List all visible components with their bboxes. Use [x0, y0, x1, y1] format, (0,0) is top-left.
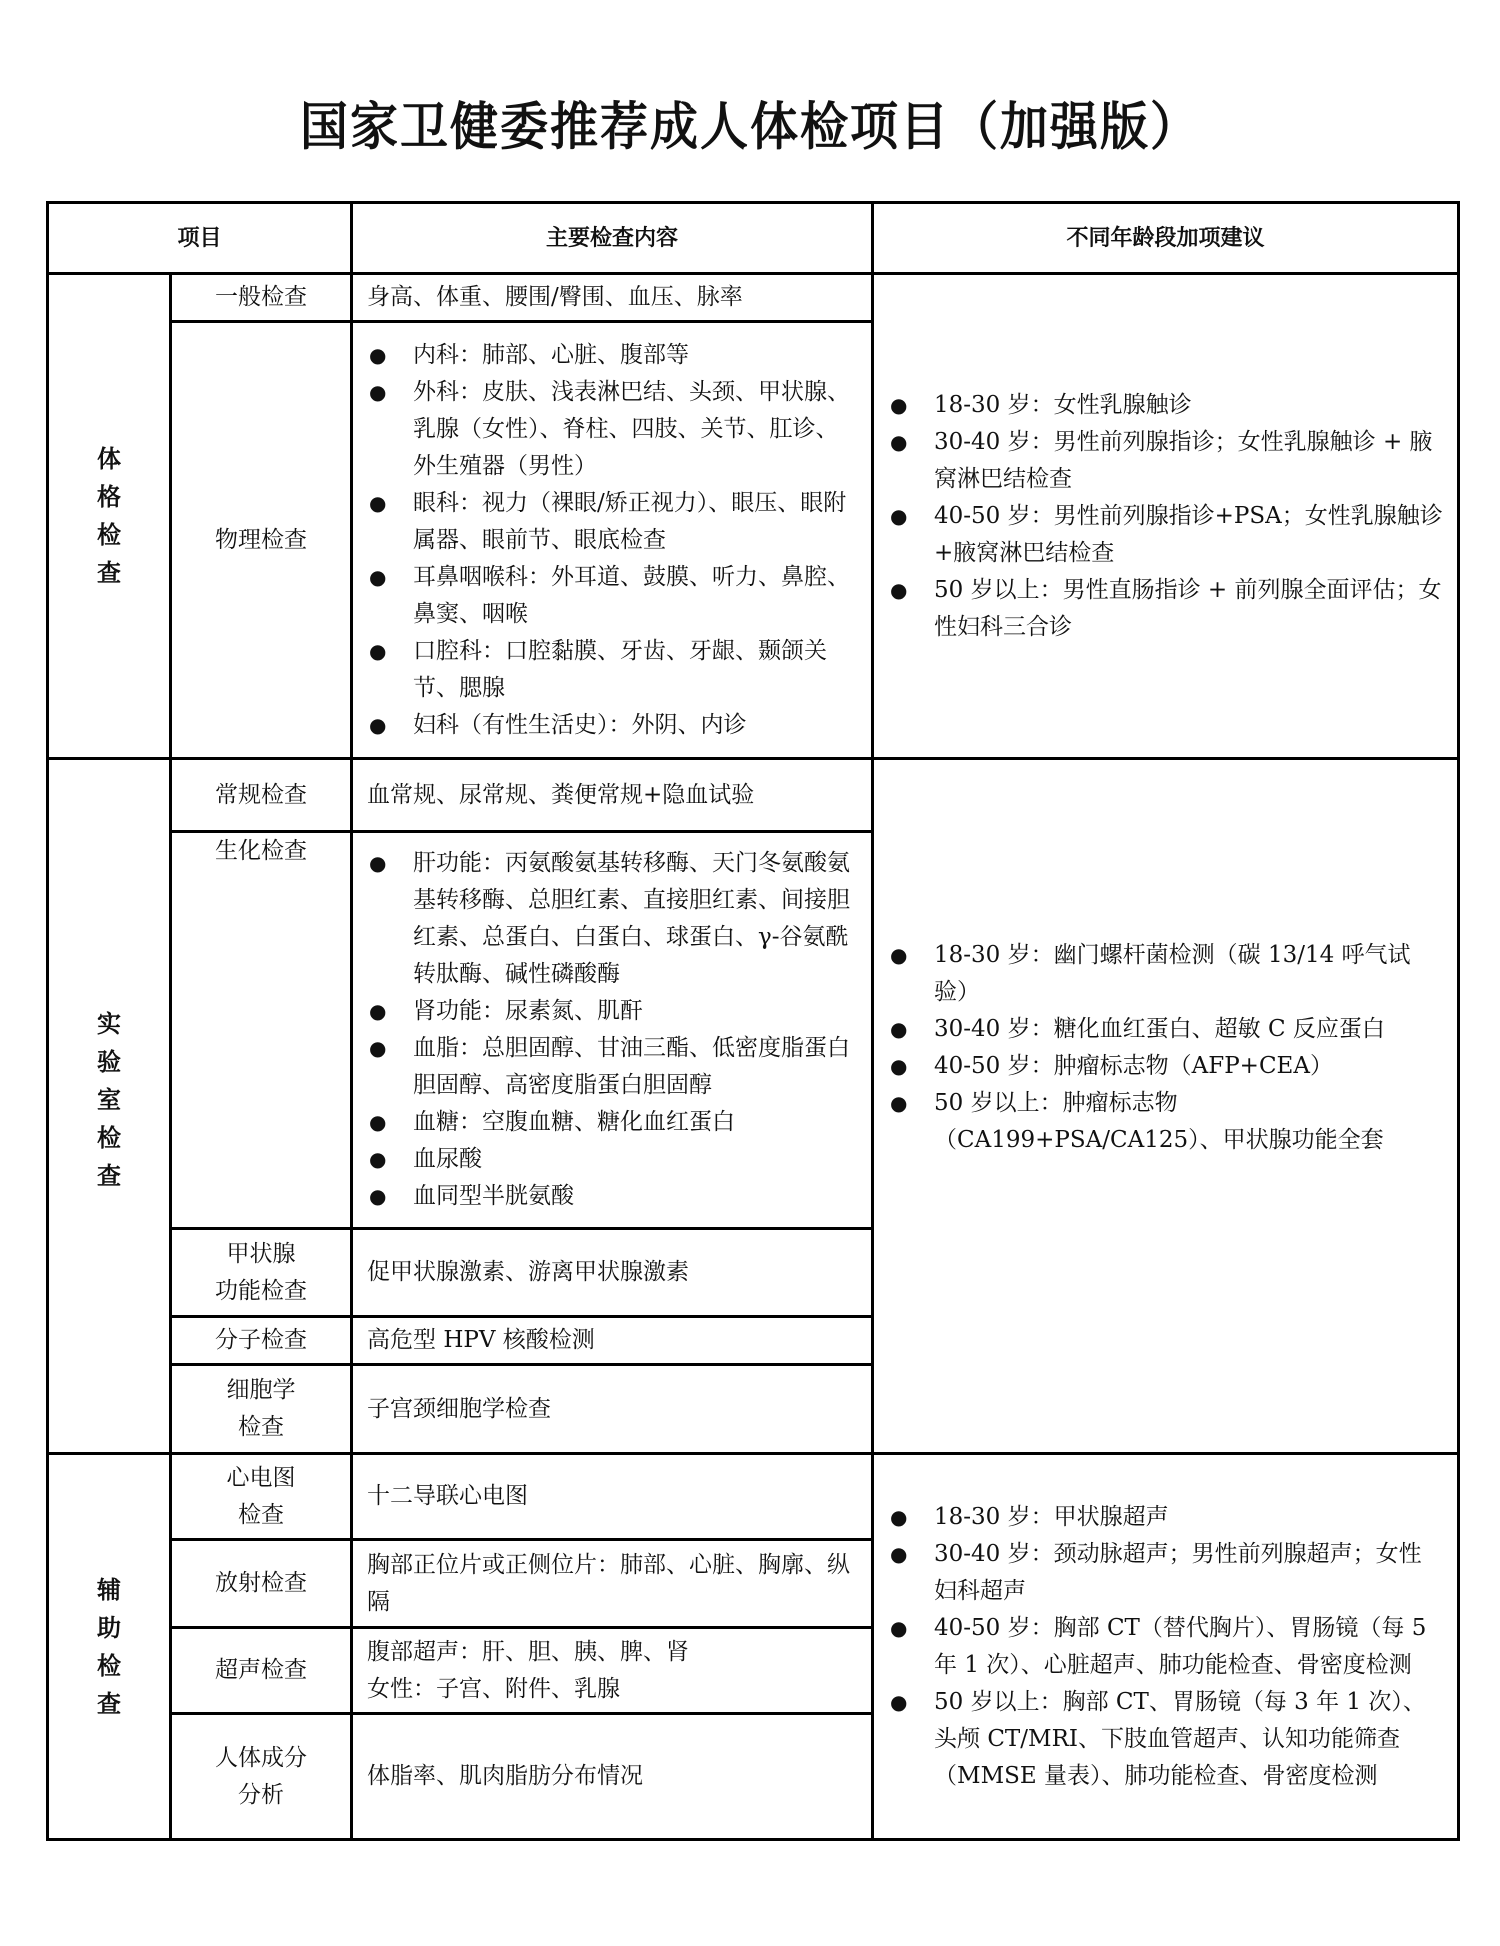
- category-char: 体: [49, 440, 169, 478]
- content-bullet: 妇科（有性生活史）：外阴、内诊: [367, 707, 857, 744]
- advice-item: 30-40 岁：颈动脉超声；男性前列腺超声；女性妇科超声: [888, 1536, 1443, 1610]
- advice-item: 50 岁以上：肿瘤标志物（CA199+PSA/CA125）、甲状腺功能全套: [888, 1085, 1443, 1159]
- header-item: 项目: [48, 203, 352, 274]
- item-line: 功能检查: [172, 1273, 350, 1310]
- item-ultrasound: 超声检查: [171, 1628, 352, 1714]
- content-bullet: 眼科：视力（裸眼/矫正视力）、眼压、眼附属器、眼前节、眼底检查: [367, 485, 857, 559]
- advice-physical: 18-30 岁：女性乳腺触诊 30-40 岁：男性前列腺指诊；女性乳腺触诊 + …: [873, 274, 1459, 759]
- table-row: 辅 助 检 查 心电图 检查 十二导联心电图 18-30 岁：甲状腺超声 30-…: [48, 1454, 1459, 1540]
- content-thyroid: 促甲状腺激素、游离甲状腺激素: [352, 1229, 873, 1317]
- item-cytology: 细胞学 检查: [171, 1365, 352, 1454]
- item-thyroid: 甲状腺 功能检查: [171, 1229, 352, 1317]
- advice-item: 40-50 岁：胸部 CT（替代胸片）、胃肠镜（每 5 年 1 次）、心脏超声、…: [888, 1610, 1443, 1684]
- table-row: 体 格 检 查 一般检查 身高、体重、腰围/臀围、血压、脉率 18-30 岁：女…: [48, 274, 1459, 322]
- category-char: 检: [49, 516, 169, 554]
- advice-laboratory: 18-30 岁：幽门螺杆菌检测（碳 13/14 呼气试验） 30-40 岁：糖化…: [873, 759, 1459, 1454]
- content-ultrasound: 腹部超声：肝、胆、胰、脾、肾 女性：子宫、附件、乳腺: [352, 1628, 873, 1714]
- category-char: 验: [49, 1043, 169, 1081]
- item-biochemistry: 生化检查: [171, 832, 352, 1229]
- item-line: 甲状腺: [172, 1236, 350, 1273]
- content-ecg: 十二导联心电图: [352, 1454, 873, 1540]
- category-char: 辅: [49, 1571, 169, 1609]
- advice-item: 18-30 岁：甲状腺超声: [888, 1499, 1443, 1536]
- content-routine: 血常规、尿常规、粪便常规+隐血试验: [352, 759, 873, 832]
- item-line: 人体成分: [172, 1740, 350, 1777]
- advice-item: 30-40 岁：糖化血红蛋白、超敏 C 反应蛋白: [888, 1011, 1443, 1048]
- content-bullet: 肾功能：尿素氮、肌酐: [367, 993, 857, 1030]
- category-char: 格: [49, 478, 169, 516]
- content-bullet: 肝功能：丙氨酸氨基转移酶、天门冬氨酸氨基转移酶、总胆红素、直接胆红素、间接胆红素…: [367, 845, 857, 993]
- item-line: 心电图: [172, 1460, 350, 1497]
- advice-item: 50 岁以上：胸部 CT、胃肠镜（每 3 年 1 次）、头颅 CT/MRI、下肢…: [888, 1684, 1443, 1795]
- advice-auxiliary: 18-30 岁：甲状腺超声 30-40 岁：颈动脉超声；男性前列腺超声；女性妇科…: [873, 1454, 1459, 1840]
- item-molecular: 分子检查: [171, 1317, 352, 1365]
- category-char: 检: [49, 1119, 169, 1157]
- page-title: 国家卫健委推荐成人体检项目（加强版）: [0, 85, 1500, 160]
- content-cytology: 子宫颈细胞学检查: [352, 1365, 873, 1454]
- category-auxiliary: 辅 助 检 查: [48, 1454, 171, 1840]
- item-line: 细胞学: [172, 1372, 350, 1409]
- category-char: 查: [49, 554, 169, 592]
- content-bullet: 内科：肺部、心脏、腹部等: [367, 337, 857, 374]
- item-line: 分析: [172, 1777, 350, 1814]
- item-physical-exam: 物理检查: [171, 322, 352, 759]
- content-bullet: 血脂：总胆固醇、甘油三酯、低密度脂蛋白胆固醇、高密度脂蛋白胆固醇: [367, 1030, 857, 1104]
- content-molecular: 高危型 HPV 核酸检测: [352, 1317, 873, 1365]
- category-char: 助: [49, 1609, 169, 1647]
- content-general: 身高、体重、腰围/臀围、血压、脉率: [352, 274, 873, 322]
- category-char: 实: [49, 1005, 169, 1043]
- advice-item: 40-50 岁：男性前列腺指诊+PSA；女性乳腺触诊+腋窝淋巴结检查: [888, 498, 1443, 572]
- category-physical: 体 格 检 查: [48, 274, 171, 759]
- item-radiology: 放射检查: [171, 1540, 352, 1628]
- item-routine: 常规检查: [171, 759, 352, 832]
- category-char: 室: [49, 1081, 169, 1119]
- content-bullet: 血糖：空腹血糖、糖化血红蛋白: [367, 1104, 857, 1141]
- advice-item: 50 岁以上：男性直肠指诊 + 前列腺全面评估；女性妇科三合诊: [888, 572, 1443, 646]
- advice-item: 30-40 岁：男性前列腺指诊；女性乳腺触诊 + 腋窝淋巴结检查: [888, 424, 1443, 498]
- content-line: 女性：子宫、附件、乳腺: [367, 1671, 857, 1708]
- category-char: 检: [49, 1647, 169, 1685]
- content-radiology: 胸部正位片或正侧位片：肺部、心脏、胸廓、纵隔: [352, 1540, 873, 1628]
- category-char: 查: [49, 1685, 169, 1723]
- item-general: 一般检查: [171, 274, 352, 322]
- content-bullet: 血尿酸: [367, 1141, 857, 1178]
- content-body-composition: 体脂率、肌肉脂肪分布情况: [352, 1714, 873, 1840]
- item-line: 检查: [172, 1497, 350, 1534]
- category-laboratory: 实 验 室 检 查: [48, 759, 171, 1454]
- header-advice: 不同年龄段加项建议: [873, 203, 1459, 274]
- content-bullet: 耳鼻咽喉科：外耳道、鼓膜、听力、鼻腔、鼻窦、咽喉: [367, 559, 857, 633]
- advice-item: 18-30 岁：幽门螺杆菌检测（碳 13/14 呼气试验）: [888, 937, 1443, 1011]
- advice-item: 40-50 岁：肿瘤标志物（AFP+CEA）: [888, 1048, 1443, 1085]
- advice-item: 18-30 岁：女性乳腺触诊: [888, 387, 1443, 424]
- header-content: 主要检查内容: [352, 203, 873, 274]
- table-header-row: 项目 主要检查内容 不同年龄段加项建议: [48, 203, 1459, 274]
- content-line: 腹部超声：肝、胆、胰、脾、肾: [367, 1634, 857, 1671]
- item-line: 检查: [172, 1409, 350, 1446]
- item-body-composition: 人体成分 分析: [171, 1714, 352, 1840]
- content-biochemistry: 肝功能：丙氨酸氨基转移酶、天门冬氨酸氨基转移酶、总胆红素、直接胆红素、间接胆红素…: [352, 832, 873, 1229]
- content-bullet: 外科：皮肤、浅表淋巴结、头颈、甲状腺、乳腺（女性）、脊柱、四肢、关节、肛诊、外生…: [367, 374, 857, 485]
- content-bullet: 口腔科：口腔黏膜、牙齿、牙龈、颞颌关节、腮腺: [367, 633, 857, 707]
- category-char: 查: [49, 1157, 169, 1195]
- table-row: 实 验 室 检 查 常规检查 血常规、尿常规、粪便常规+隐血试验 18-30 岁…: [48, 759, 1459, 832]
- exam-table: 项目 主要检查内容 不同年龄段加项建议 体 格 检 查 一般检查 身高、体重、腰…: [46, 201, 1460, 1841]
- item-ecg: 心电图 检查: [171, 1454, 352, 1540]
- content-physical-exam: 内科：肺部、心脏、腹部等 外科：皮肤、浅表淋巴结、头颈、甲状腺、乳腺（女性）、脊…: [352, 322, 873, 759]
- content-bullet: 血同型半胱氨酸: [367, 1178, 857, 1215]
